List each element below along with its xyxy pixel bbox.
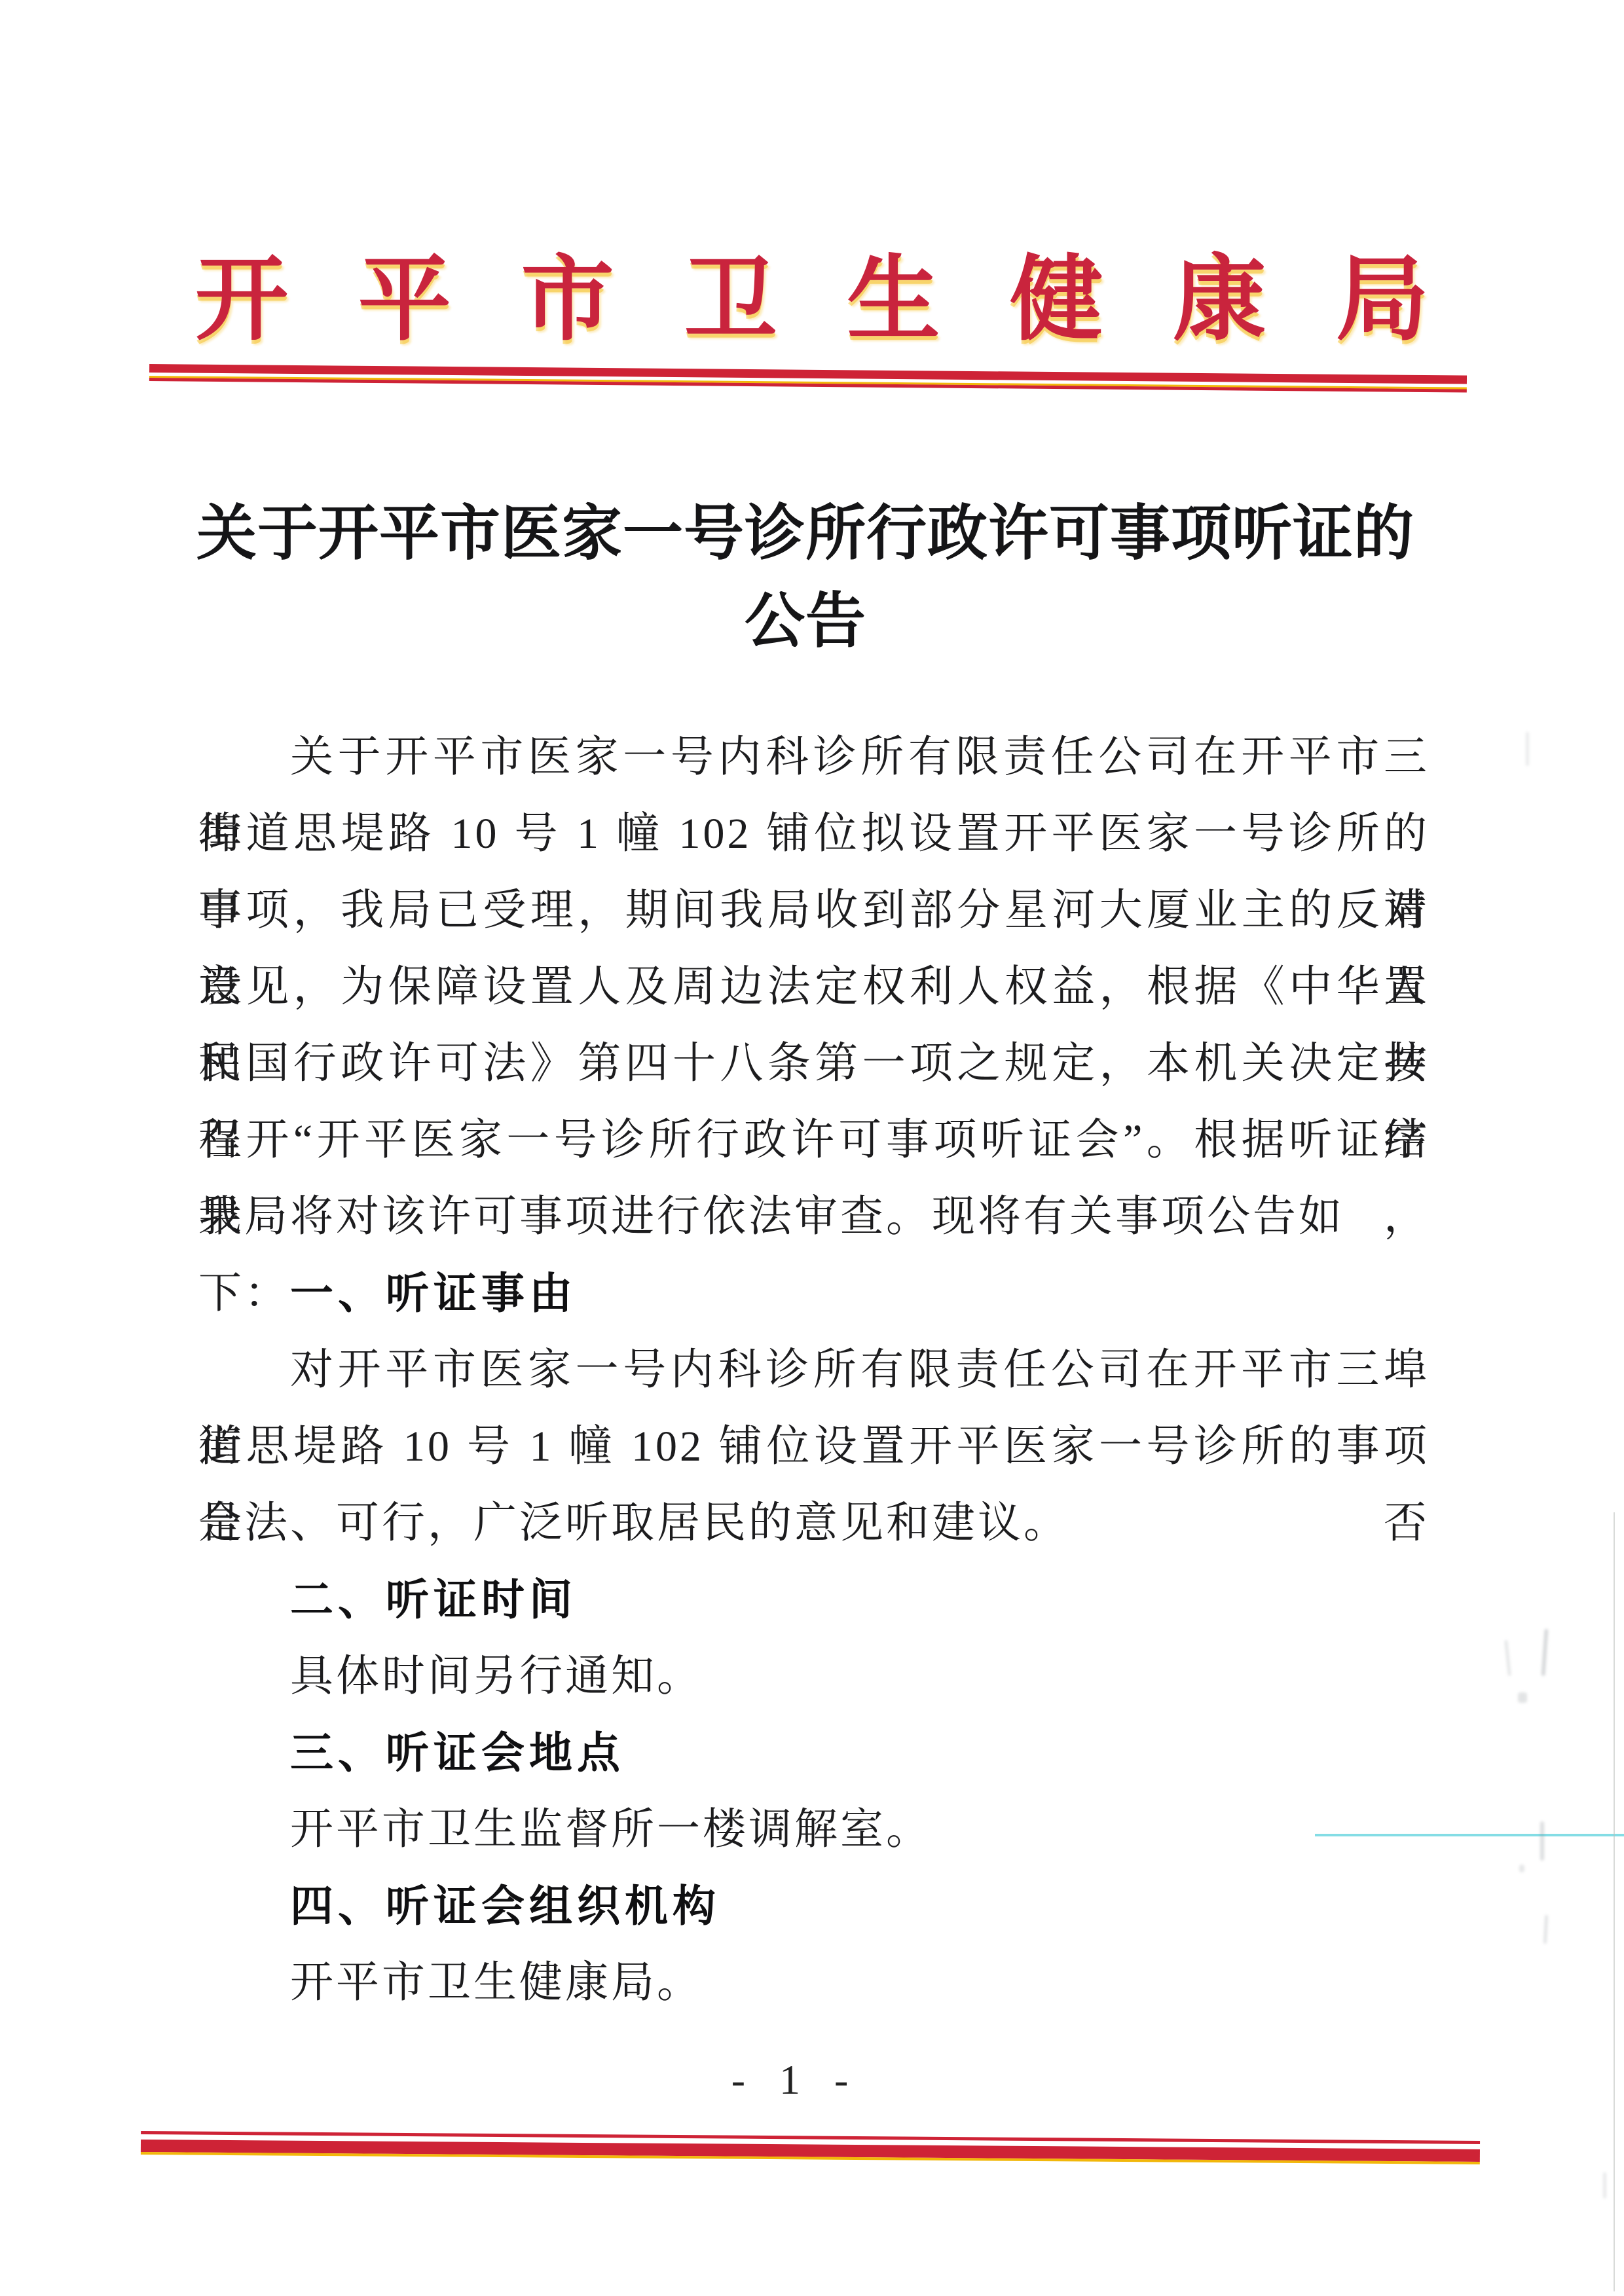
scan-artifact-smudge (1603, 2172, 1606, 2198)
paragraph1-line1: 关于开平市医家一号内科诊所有限责任公司在开平市三埠 (198, 719, 1430, 795)
scan-artifact-smudge (1543, 1915, 1548, 1944)
paragraph1-line5: 和国行政许可法》第四十八条第一项之规定，本机关决定按程序 (198, 1025, 1430, 1102)
scan-artifact-smudge (1518, 1692, 1527, 1703)
section3-line1: 开平市卫生监督所一楼调解室。 (198, 1791, 1430, 1868)
paragraph1-line3: 事项，我局已受理，期间我局收到部分星河大厦业主的反对设置 (198, 872, 1430, 949)
scan-artifact-smudge (1540, 1821, 1544, 1861)
document-page: 开平市卫生健康局 关于开平市医家一号诊所行政许可事项听证的 公告 关于开平市医家… (0, 0, 1624, 2296)
paragraph1-line2: 街道思堤路 10 号 1 幢 102 铺位拟设置开平医家一号诊所的申请 (198, 795, 1430, 872)
scan-artifact-smudge (1504, 1640, 1511, 1676)
scan-artifact-smudge (1519, 1865, 1524, 1872)
page-number: - 1 - (0, 2056, 1591, 2104)
section4-heading: 四、听证会组织机构 (198, 1868, 1430, 1944)
scan-artifact-smudge (1541, 1629, 1548, 1676)
section1-line1: 对开平市医家一号内科诊所有限责任公司在开平市三埠街 (198, 1332, 1430, 1408)
section2-line1: 具体时间另行通知。 (198, 1638, 1430, 1715)
paragraph1-line7: 我局将对该许可事项进行依法审查。现将有关事项公告如下： (198, 1178, 1430, 1255)
scan-artifact-smudge (1526, 732, 1529, 766)
footer-divider (141, 2131, 1480, 2164)
paragraph1-line4: 意见，为保障设置人及周边法定权利人权益，根据《中华人民共 (198, 949, 1430, 1025)
section3-heading: 三、听证会地点 (198, 1715, 1430, 1791)
paragraph1-line6: 召开“开平医家一号诊所行政许可事项听证会”。根据听证结果， (198, 1102, 1430, 1178)
section2-heading: 二、听证时间 (198, 1561, 1430, 1638)
scan-artifact-edge-line (1614, 1512, 1615, 2291)
document-title: 关于开平市医家一号诊所行政许可事项听证的 公告 (0, 490, 1611, 665)
section1-heading: 一、听证事由 (198, 1255, 1430, 1332)
document-title-line2: 公告 (0, 577, 1611, 665)
document-body: 关于开平市医家一号内科诊所有限责任公司在开平市三埠 街道思堤路 10 号 1 幢… (198, 719, 1430, 2021)
header-divider (149, 364, 1467, 393)
section4-line1: 开平市卫生健康局。 (198, 1944, 1430, 2021)
section1-line2: 道思堤路 10 号 1 幢 102 铺位设置开平医家一号诊所的事项是否 (198, 1408, 1430, 1485)
document-title-line1: 关于开平市医家一号诊所行政许可事项听证的 (0, 490, 1611, 577)
bureau-name: 开平市卫生健康局 (195, 247, 1429, 355)
